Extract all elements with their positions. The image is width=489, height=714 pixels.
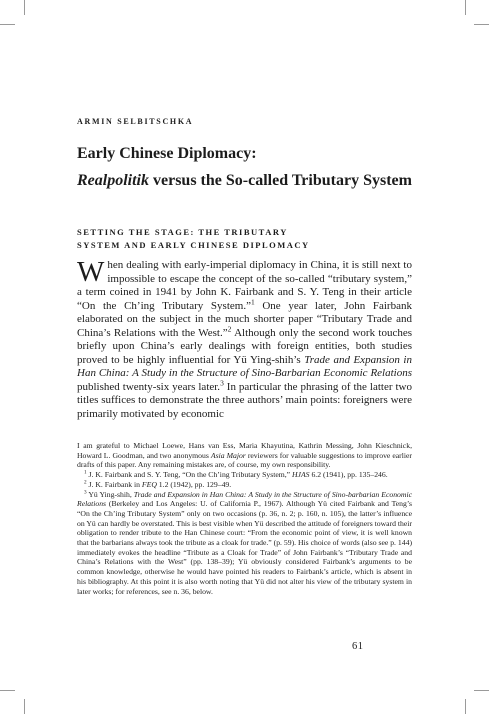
section-heading-line1: SETTING THE STAGE: THE TRIBUTARY <box>77 226 412 239</box>
footnote-3: 3 Yü Ying-shih, Trade and Expansion in H… <box>77 490 412 597</box>
article-title-line2: Realpolitik versus the So-called Tributa… <box>77 167 437 194</box>
section-heading: SETTING THE STAGE: THE TRIBUTARY SYSTEM … <box>77 226 412 252</box>
crop-mark-bottom-left-horizontal <box>0 690 15 691</box>
page-number: 61 <box>352 641 364 652</box>
author-name: ARMIN SELBITSCHKA <box>77 117 412 126</box>
footnote-1: 1 J. K. Fairbank and S. Y. Teng, “On the… <box>77 470 412 480</box>
article-title: Early Chinese Diplomacy: Realpolitik ver… <box>77 140 437 194</box>
crop-mark-bottom-right-horizontal <box>474 690 489 691</box>
crop-mark-top-left-vertical <box>24 0 25 15</box>
crop-mark-top-right-horizontal <box>474 24 489 25</box>
crop-mark-bottom-left-vertical <box>24 699 25 714</box>
footnote-2: 2 J. K. Fairbank in FEQ 1.2 (1942), pp. … <box>77 480 412 490</box>
printed-page: ARMIN SELBITSCHKA Early Chinese Diplomac… <box>0 0 489 714</box>
drop-cap: W <box>77 259 107 285</box>
body-paragraph-text: hen dealing with early-imperial diplomac… <box>77 259 412 420</box>
crop-mark-top-left-horizontal <box>0 24 15 25</box>
footnotes: I am grateful to Michael Loewe, Hans van… <box>77 441 412 596</box>
section-heading-line2: SYSTEM AND EARLY CHINESE DIPLOMACY <box>77 239 412 252</box>
crop-mark-top-right-vertical <box>465 0 466 15</box>
article-title-line1: Early Chinese Diplomacy: <box>77 140 437 167</box>
footnote-acknowledgment: I am grateful to Michael Loewe, Hans van… <box>77 441 412 470</box>
body-paragraph: When dealing with early-imperial diploma… <box>77 259 412 421</box>
crop-mark-bottom-right-vertical <box>465 699 466 714</box>
